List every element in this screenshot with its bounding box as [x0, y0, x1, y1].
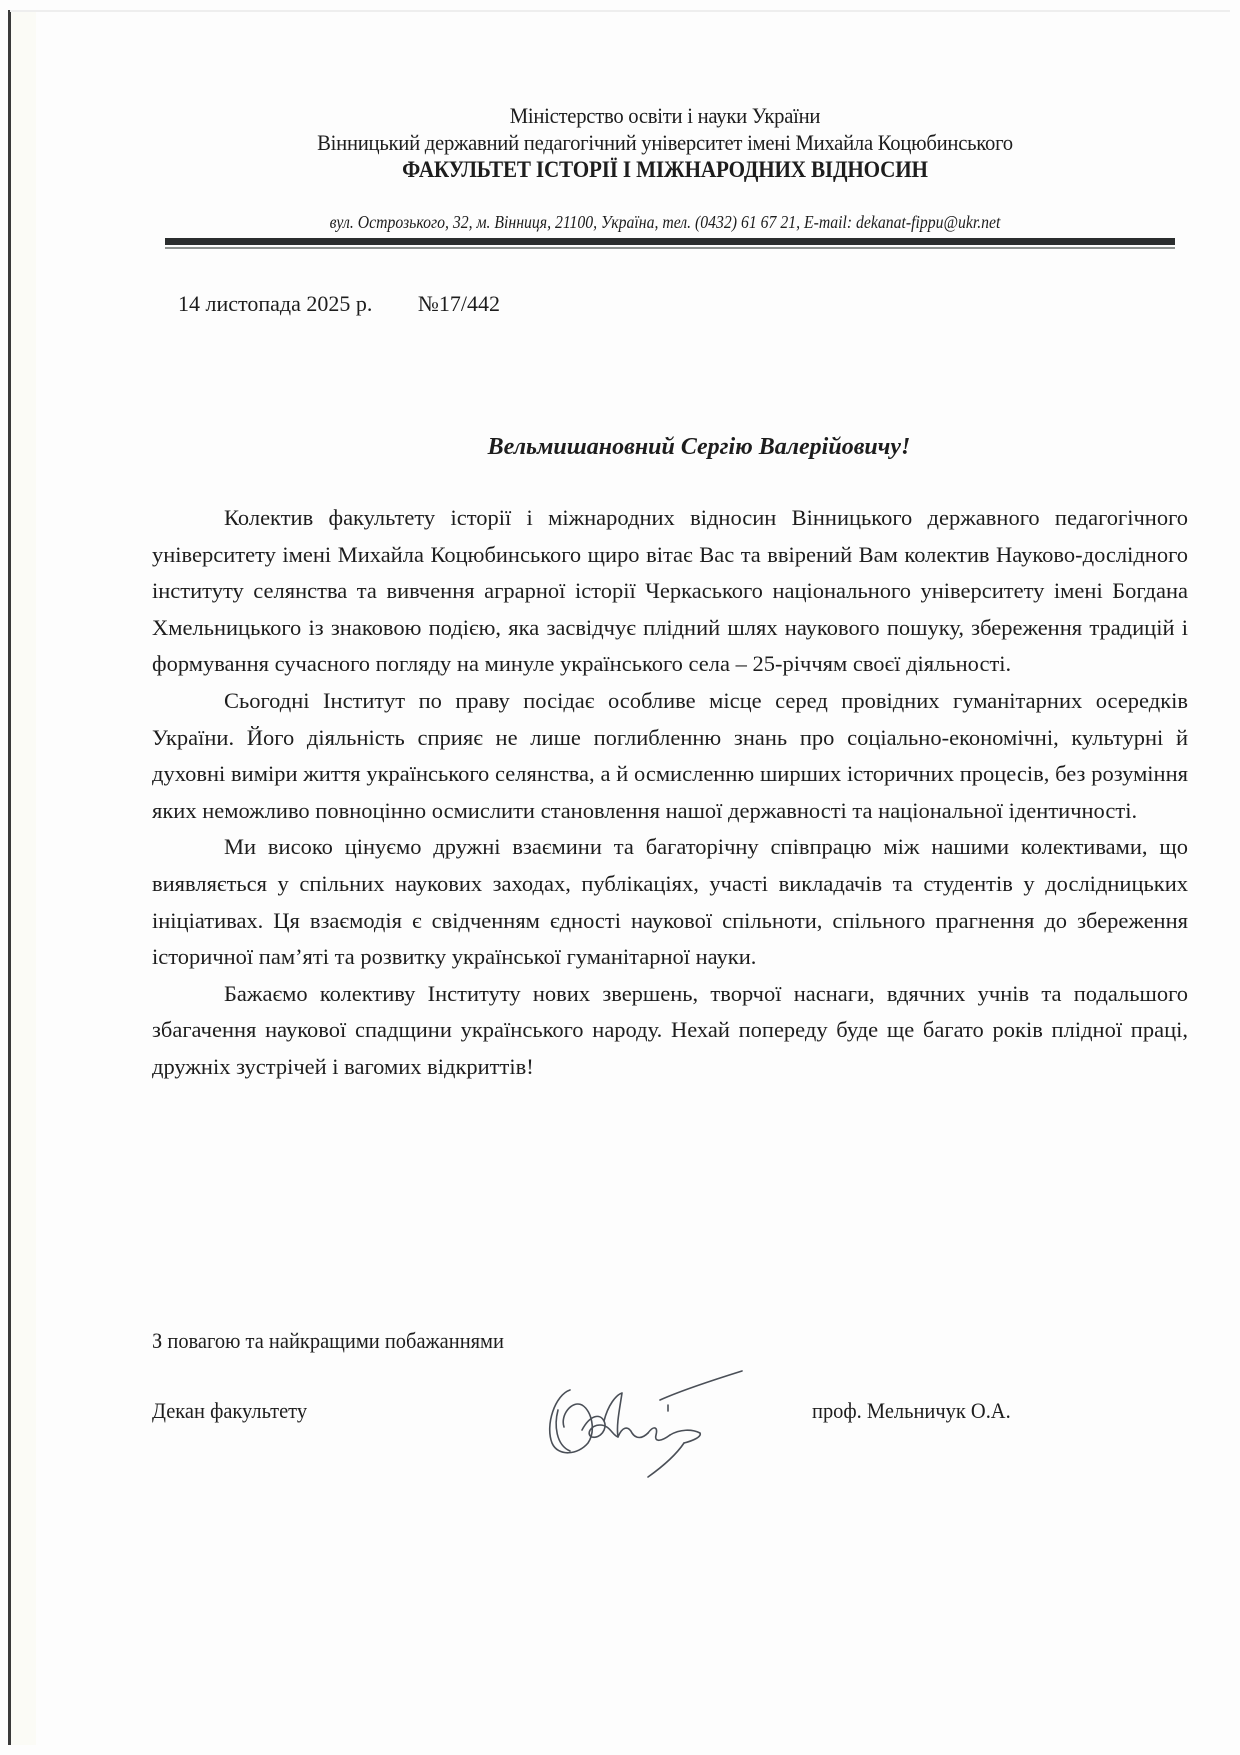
scan-edge-left: [8, 10, 11, 1745]
body-paragraph: Бажаємо колективу Інституту нових зверше…: [152, 976, 1188, 1086]
letterhead-rule-thick: [165, 238, 1175, 245]
body-paragraph: Колектив факультету історії і міжнародни…: [152, 500, 1188, 683]
ministry-name: Міністерство освіти і науки України: [191, 102, 1139, 129]
faculty-name: ФАКУЛЬТЕТ ІСТОРІЇ І МІЖНАРОДНИХ ВІДНОСИН: [191, 156, 1139, 184]
letterhead-address: вул. Острозького, 32, м. Вінниця, 21100,…: [202, 211, 1129, 233]
letter-body: Колектив факультету історії і міжнародни…: [152, 500, 1188, 1086]
salutation: Вельмишановний Сергію Валерійовичу!: [150, 432, 1190, 462]
document-number: №17/442: [418, 291, 500, 316]
handwritten-signature-icon: [530, 1355, 770, 1485]
document-date: 14 листопада 2025 р.: [178, 291, 372, 316]
document-meta: 14 листопада 2025 р. №17/442: [178, 290, 500, 318]
scan-shade: [11, 10, 36, 1745]
signatory-name: проф. Мельничук О.А.: [812, 1397, 1011, 1425]
letterhead-rule-thin: [165, 247, 1175, 249]
signatory-position: Декан факультету: [152, 1397, 307, 1425]
university-name: Вінницький державний педагогічний універ…: [191, 129, 1139, 156]
letterhead: Міністерство освіти і науки України Вінн…: [150, 102, 1180, 184]
scan-edge-top: [10, 10, 1230, 12]
closing-phrase: З повагою та найкращими побажаннями: [152, 1327, 504, 1355]
body-paragraph: Сьогодні Інститут по праву посідає особл…: [152, 683, 1188, 829]
body-paragraph: Ми високо цінуємо дружні взаємини та баг…: [152, 829, 1188, 975]
